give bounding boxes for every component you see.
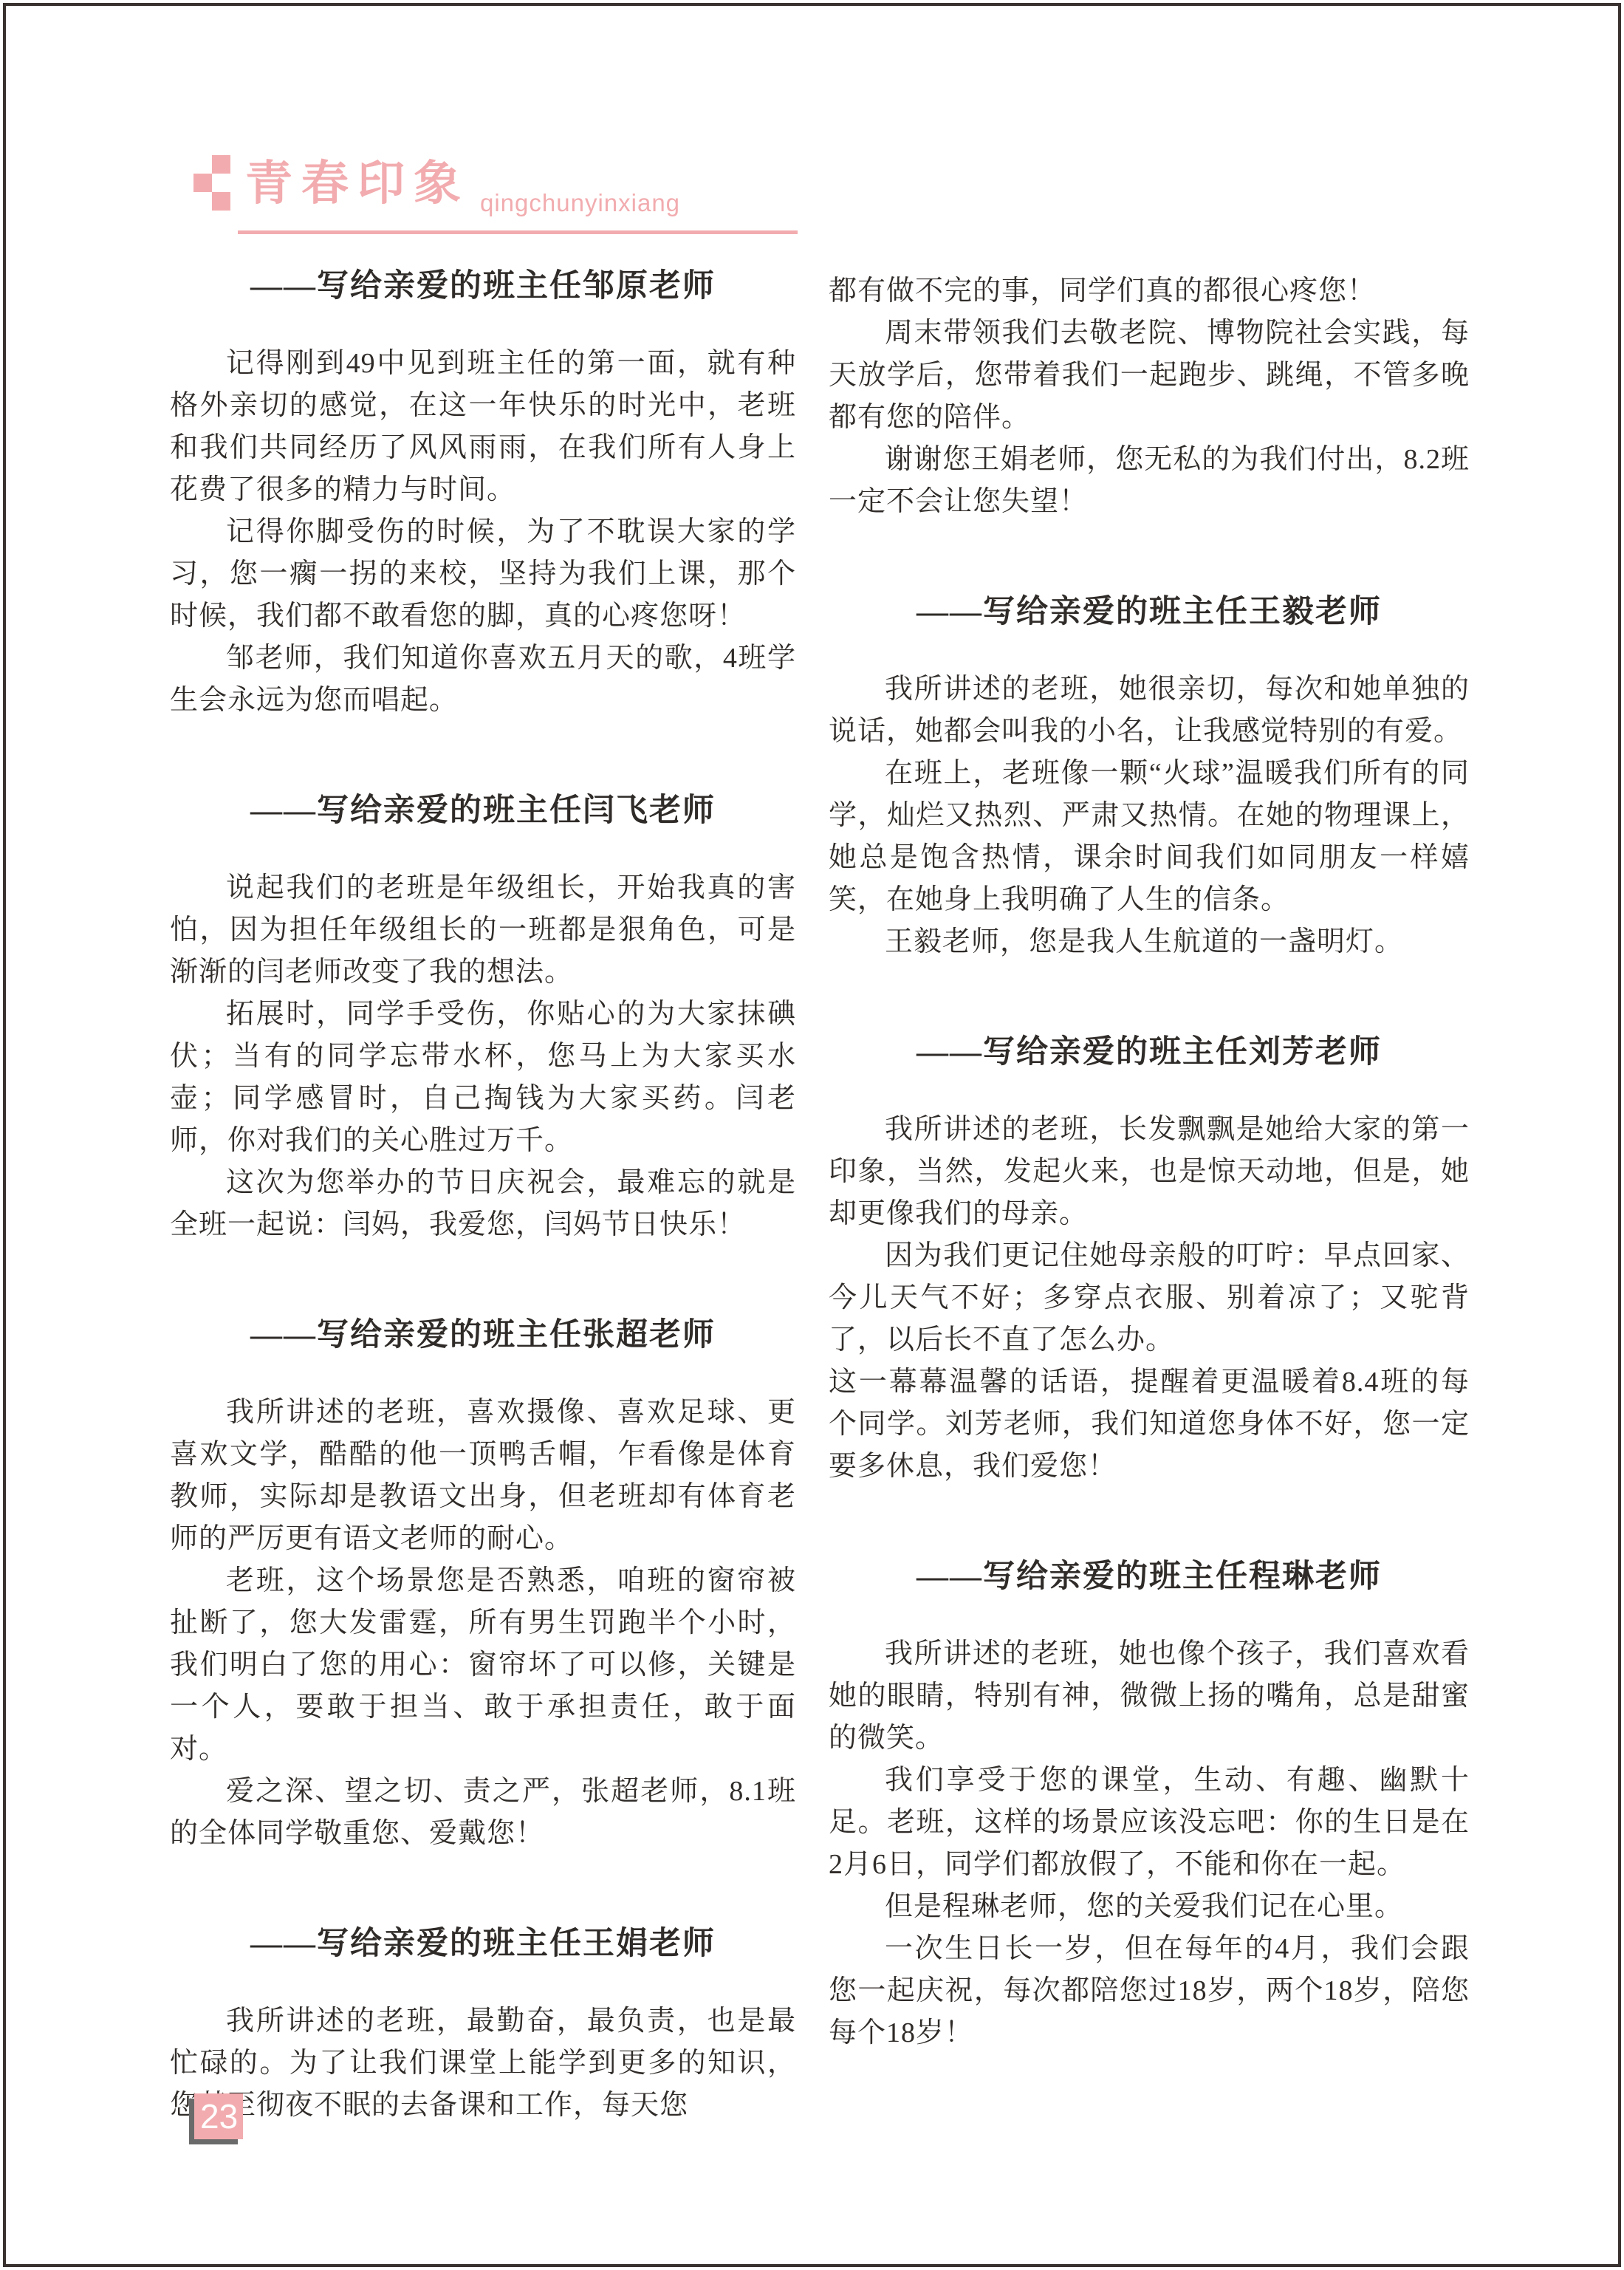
section-heading: ——写给亲爱的班主任程琳老师 [829,1558,1470,1596]
paragraph: 说起我们的老班是年级组长，开始我真的害怕，因为担任年级组长的一班都是狠角色，可是… [170,867,796,994]
paragraph: 一次生日长一岁，但在每年的4月，我们会跟您一起庆祝，每次都陪您过18岁，两个18… [829,1928,1470,2054]
paragraph: 我所讲述的老班，她也像个孩子，我们喜欢看她的眼睛，特别有神，微微上扬的嘴角，总是… [829,1633,1470,1760]
right-column: 都有做不完的事，同学们真的都很心疼您！周末带领我们去敬老院、博物院社会实践，每天… [829,259,1470,2054]
logo-subtitle: qingchunyinxiang [480,189,680,217]
section-heading: ——写给亲爱的班主任王毅老师 [829,593,1470,632]
paragraph: 在班上，老班像一颗“火球”温暖我们所有的同学，灿烂又热烈、严肃又热情。在她的物理… [829,753,1470,921]
paragraph: 我所讲述的老班，她很亲切，每次和她单独的说话，她都会叫我的小名，让我感觉特别的有… [829,669,1470,753]
logo-title: 青春印象 [245,157,470,210]
paragraph: 我所讲述的老班，长发飘飘是她给大家的第一印象，当然，发起火来，也是惊天动地，但是… [829,1109,1470,1235]
section-heading: ——写给亲爱的班主任邹原老师 [170,267,796,306]
logo-mark-cell [193,192,212,211]
paragraph: 周末带领我们去敬老院、博物院社会实践，每天放学后，您带着我们一起跑步、跳绳，不管… [829,312,1470,439]
paragraph: 都有做不完的事，同学们真的都很心疼您！ [829,270,1470,312]
logo-mark-cell [212,155,230,174]
paragraph: 邹老师，我们知道你喜欢五月天的歌，4班学生会永远为您而唱起。 [170,637,796,722]
paragraph: 但是程琳老师，您的关爱我们记在心里。 [829,1886,1470,1928]
paragraph: 我所讲述的老班，喜欢摄像、喜欢足球、更喜欢文学，酷酷的他一顶鸭舌帽，乍看像是体育… [170,1392,796,1560]
paragraph: 拓展时，同学手受伤，你贴心的为大家抹碘伏；当有的同学忘带水杯，您马上为大家买水壶… [170,994,796,1162]
paragraph: 这次为您举办的节日庆祝会，最难忘的就是全班一起说：闫妈，我爱您，闫妈节日快乐！ [170,1162,796,1246]
paragraph: 我们享受于您的课堂，生动、有趣、幽默十足。老班，这样的场景应该没忘吧：你的生日是… [829,1760,1470,1886]
logo-mark-icon [193,155,230,211]
page-number-badge: 23 [194,2093,243,2139]
paragraph: 王毅老师，您是我人生航道的一盏明灯。 [829,921,1470,963]
section-heading: ——写给亲爱的班主任王娟老师 [170,1925,796,1963]
section-heading: ——写给亲爱的班主任刘芳老师 [829,1033,1470,1072]
section-heading: ——写给亲爱的班主任张超老师 [170,1316,796,1355]
paragraph: 爱之深、望之切、责之严，张超老师，8.1班的全体同学敬重您、爱戴您！ [170,1771,796,1855]
masthead: 青春印象 qingchunyinxiang [0,0,1624,251]
paragraph: 这一幕幕温馨的话语，提醒着更温暖着8.4班的每个同学。刘芳老师，我们知道您身体不… [829,1361,1470,1488]
paragraph: 记得你脚受伤的时候，为了不耽误大家的学习，您一瘸一拐的来校，坚持为我们上课，那个… [170,511,796,637]
logo-mark-cell [212,192,230,211]
logo-mark-cell [193,174,212,192]
paragraph: 老班，这个场景您是否熟悉，咱班的窗帘被扯断了，您大发雷霆，所有男生罚跑半个小时，… [170,1560,796,1771]
left-column: ——写给亲爱的班主任邹原老师记得刚到49中见到班主任的第一面，就有种格外亲切的感… [170,259,796,2127]
paragraph: 谢谢您王娟老师，您无私的为我们付出，8.2班一定不会让您失望！ [829,439,1470,523]
logo-mark-cell [212,174,230,192]
page: 青春印象 qingchunyinxiang ——写给亲爱的班主任邹原老师记得刚到… [0,0,1624,2270]
paragraph: 因为我们更记住她母亲般的叮咛：早点回家、今儿天气不好；多穿点衣服、别着凉了；又驼… [829,1235,1470,1361]
section-heading: ——写给亲爱的班主任闫飞老师 [170,792,796,830]
logo-mark-cell [193,155,212,174]
paragraph: 我所讲述的老班，最勤奋，最负责，也是最忙碌的。为了让我们课堂上能学到更多的知识，… [170,2000,796,2127]
header-divider [238,230,798,234]
paragraph: 记得刚到49中见到班主任的第一面，就有种格外亲切的感觉，在这一年快乐的时光中，老… [170,343,796,511]
